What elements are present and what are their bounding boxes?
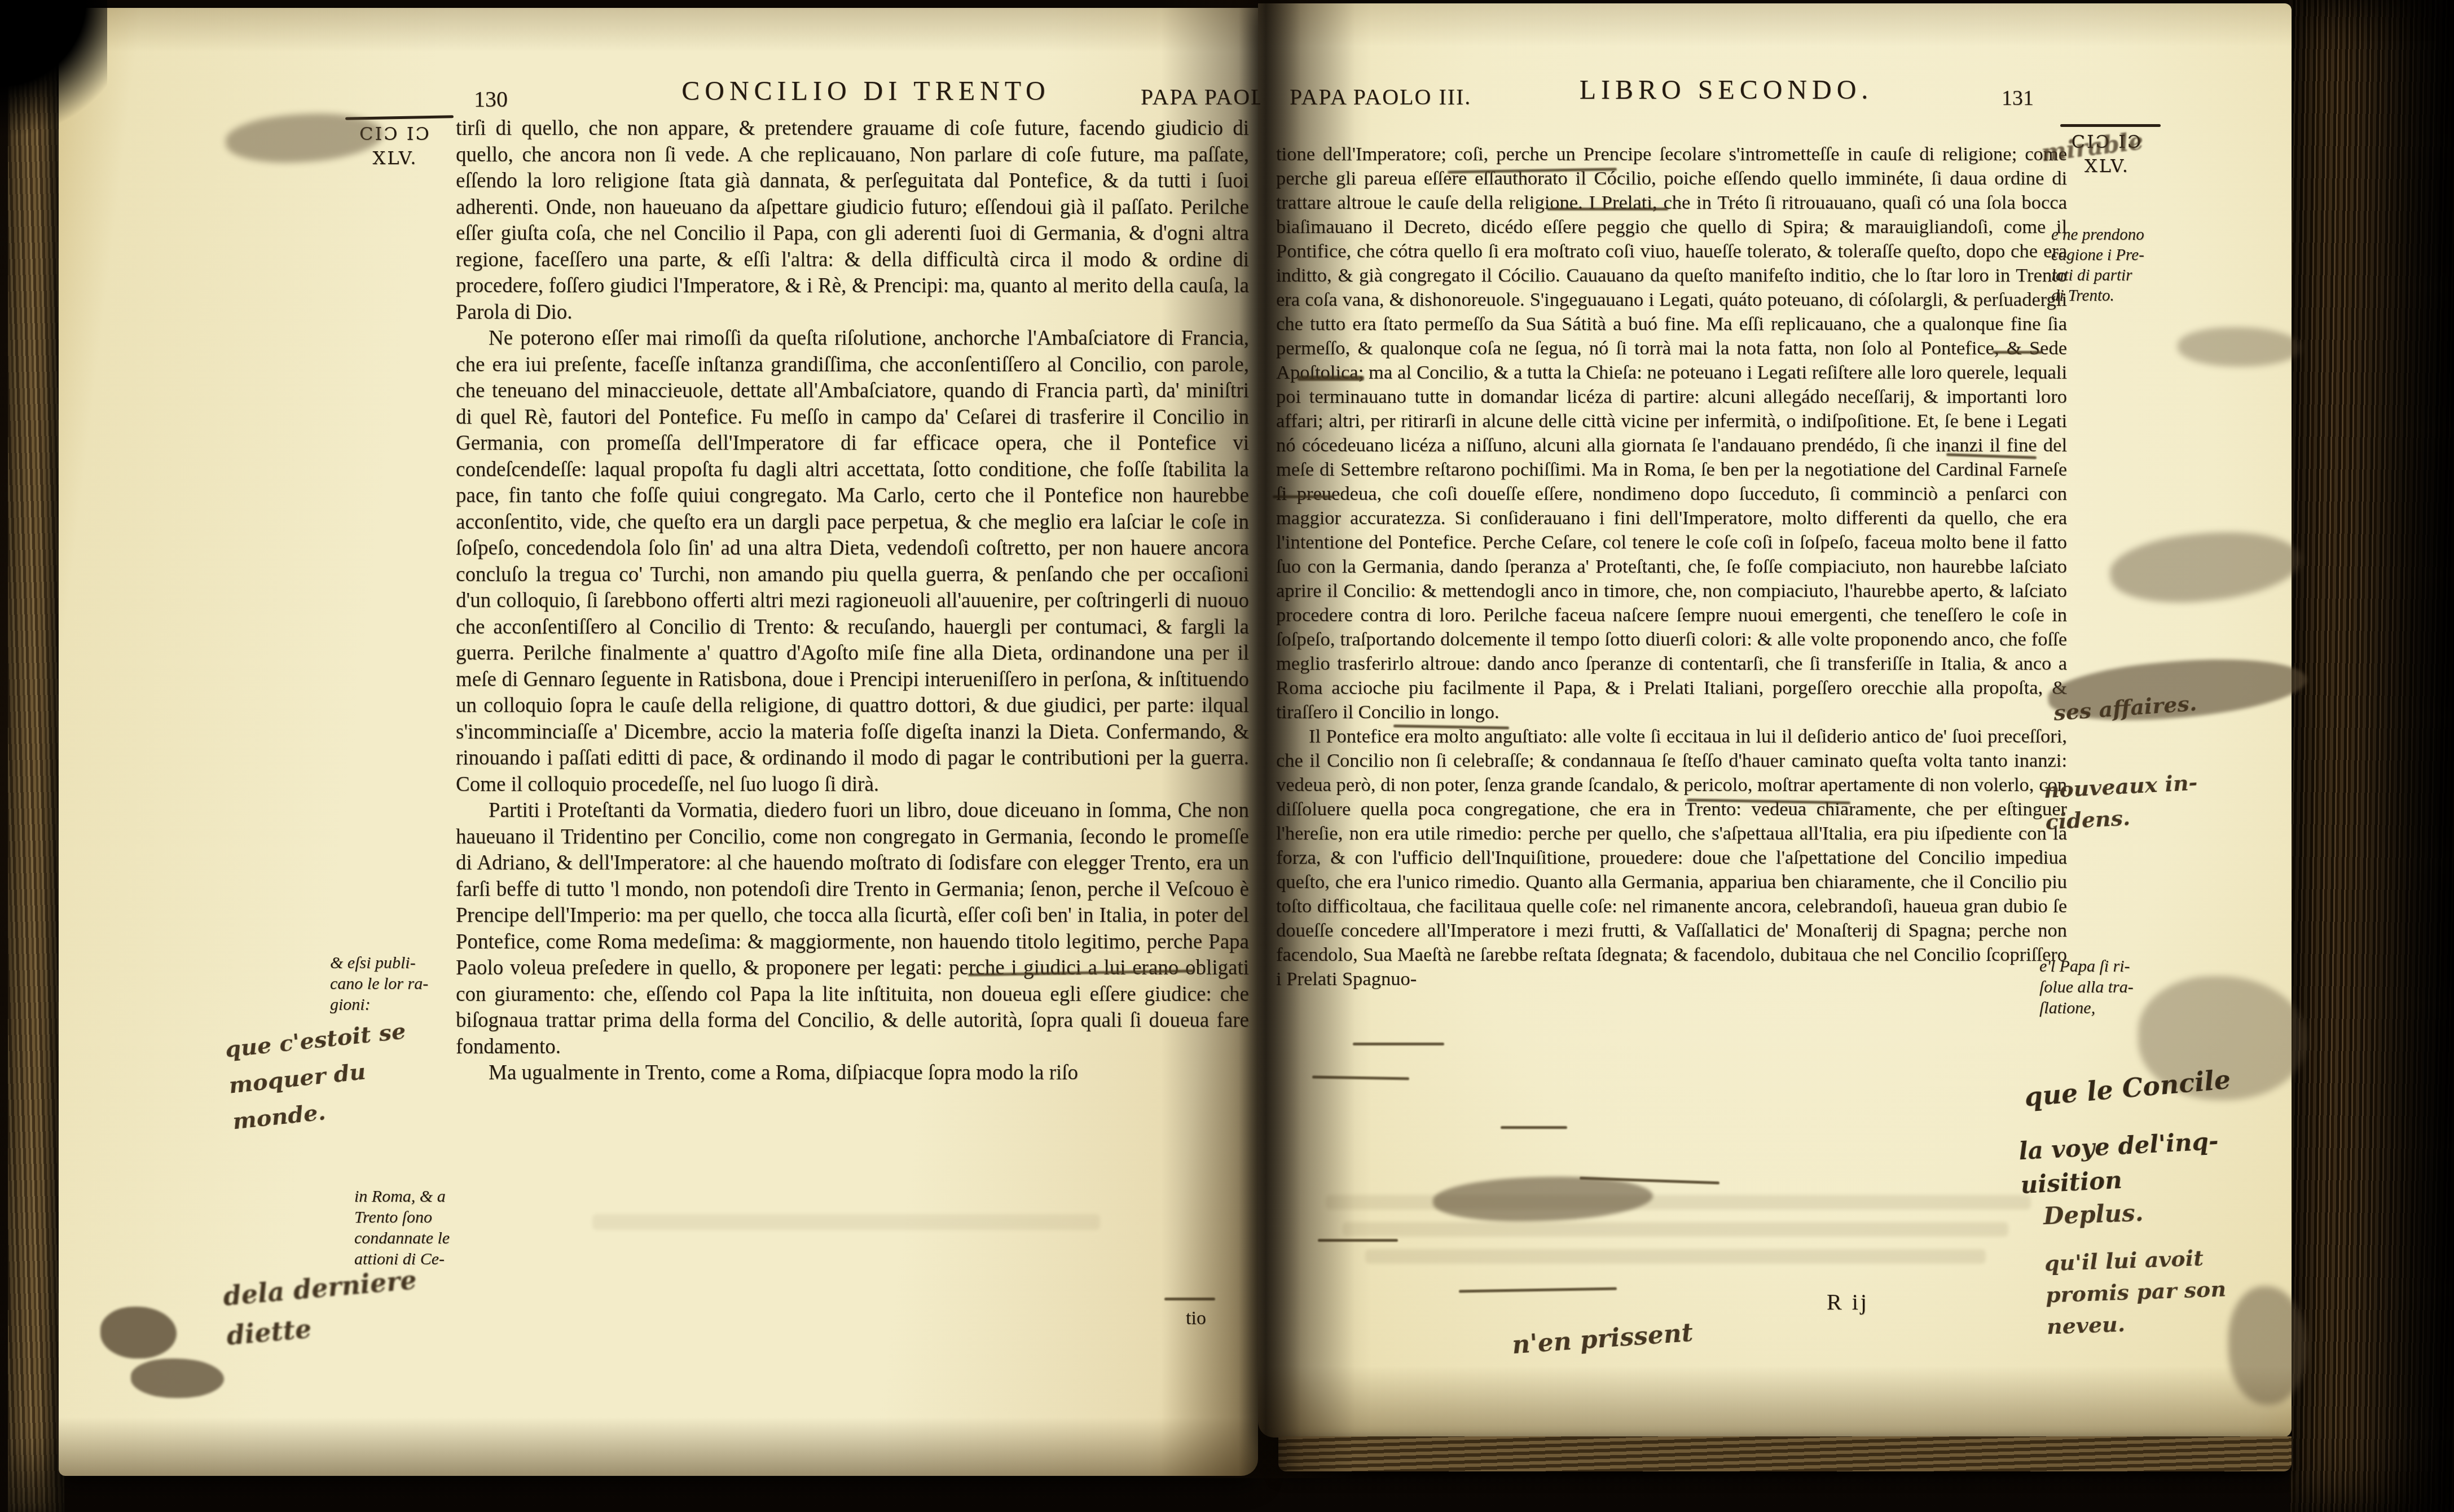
ink-underline-stroke [1318,1239,1398,1242]
paragraph: tirſi di quello, che non appare, & prete… [456,116,1249,326]
body-text-right: tione dell'Imperatore; coſi, perche un P… [1276,142,2067,1341]
ink-blot [100,1307,177,1359]
paragraph: Il Pontefice era molto anguſtiato: alle … [1276,724,2067,991]
paragraph: tione dell'Imperatore; coſi, perche un P… [1276,142,2067,724]
ink-smudge [2228,1286,2307,1405]
ink-underline-stroke [1353,1043,1444,1045]
running-title-right: LIBRO SECONDO. [1501,74,1952,106]
running-title-right-side: PAPA PAOLO III. [1290,83,1471,110]
margin-year-rule-right [2060,124,2161,127]
signature-mark: R ij [1827,1289,1869,1315]
handwritten-note-inquisition: la voye del'inq- uisition [2018,1124,2221,1202]
catchword: tio [1186,1308,1206,1329]
ink-underline-stroke [1273,495,1334,498]
page-number-right: 131 [2002,86,2034,111]
printed-margin-note-condannate: in Roma, & a Trento ſono condannate le a… [354,1186,495,1269]
page-edges-under-right-page [1278,1436,2292,1471]
ink-pen-stroke [1298,376,1364,381]
ink-underline-stroke [1547,208,1668,210]
paragraph: Ma ugualmente in Trento, come a Roma, di… [456,1060,1249,1087]
body-text-left: tirſi di quello, che non appare, & prete… [456,116,1249,1360]
page-number-left: 130 [474,86,508,112]
handwritten-note-diette: dela derniere diette [222,1260,422,1355]
ink-blot [131,1359,224,1398]
fore-edge-right [2289,0,2454,1512]
printed-margin-note-prelati: e ne prendono cagione i Pre- lati di par… [2051,225,2198,306]
ink-smudge [2178,327,2302,367]
handwritten-note-neveu: qu'il lui avoit promis par son neveu. [2044,1241,2228,1342]
running-title-left: CONCILIO DI TRENTO [598,76,1134,107]
running-title-left-side: PAPA PAOLO III. [1141,83,1260,110]
paragraph: Ne poterono eſſer mai rimoſſi da queſta … [456,326,1249,798]
paragraph: Partiti i Proteſtanti da Vormatia, diede… [456,798,1249,1060]
handwritten-note-moquer: que c'estoit se moquer du monde. [223,1013,415,1140]
fore-edge-left [8,0,64,1512]
ink-underline-stroke [1164,1298,1215,1300]
printed-margin-note-publicano: & eſsi publi- cano le lor ra- gioni: [330,952,471,1015]
ink-underline-stroke [1993,351,2042,354]
handwritten-note-deplus: Deplus. [2043,1199,2144,1230]
handwritten-note-incidens: nouveaux in- cidens. [2043,767,2200,838]
book-photo: 130 CONCILIO DI TRENTO PAPA PAOLO III. P… [0,0,2454,1512]
ink-underline-stroke [1501,1126,1567,1129]
